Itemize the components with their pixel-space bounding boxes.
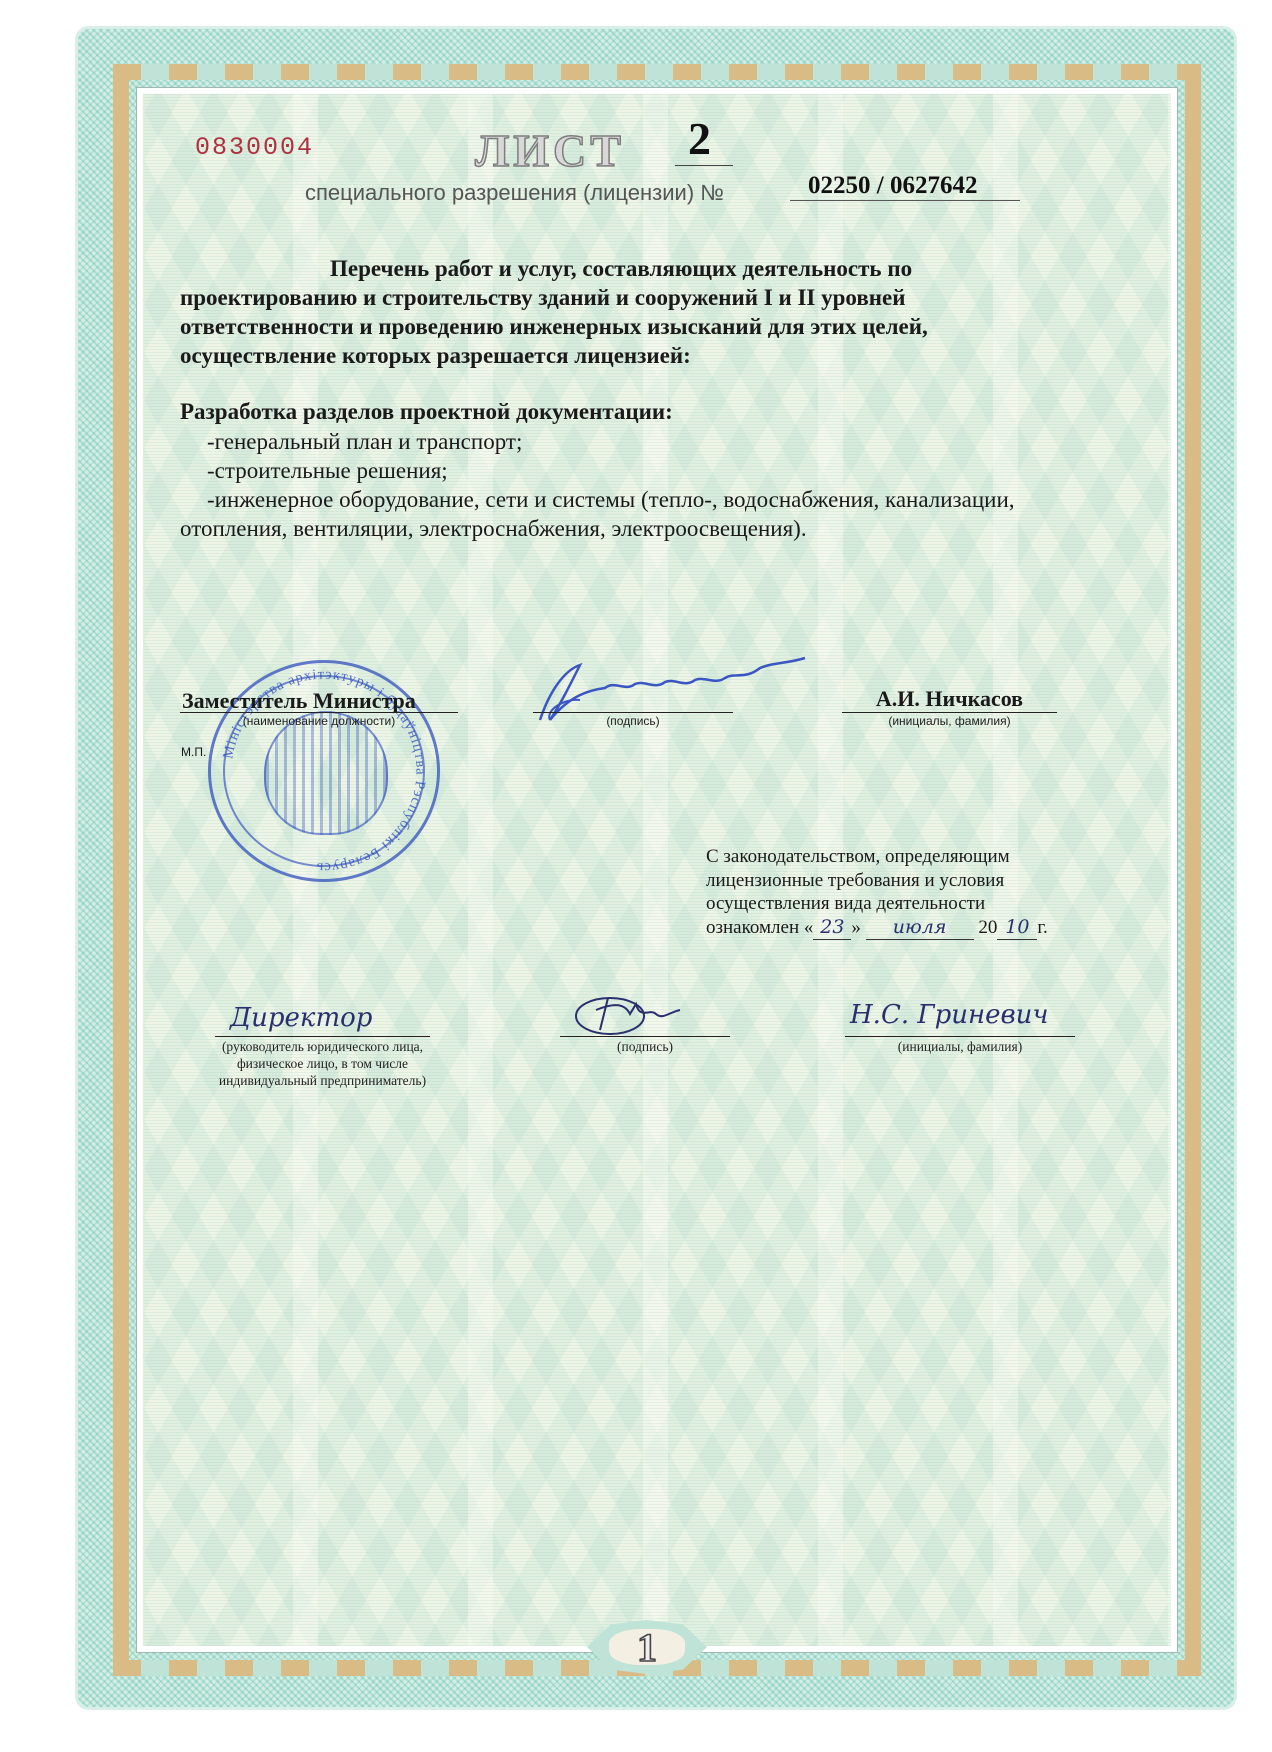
issuer-position: Заместитель Министра (182, 688, 416, 714)
issuer-name-line (842, 712, 1057, 713)
ack-suffix: г. (1037, 917, 1047, 938)
licensee-position-caption: (руководитель юридического лица, физичес… (200, 1038, 445, 1089)
licensee-name-line (845, 1036, 1075, 1037)
ack-month: июля (866, 916, 974, 941)
issuer-signature-line (533, 712, 733, 713)
page-number: 1 (609, 1629, 685, 1665)
ack-mid: » (851, 917, 861, 938)
issuer-name-caption: (инициалы, фамилия) (842, 714, 1057, 728)
licensee-name-handwritten: Н.С. Гриневич (850, 1000, 1049, 1030)
licensee-signature-line (560, 1036, 730, 1037)
ack-date-line: ознакомлен «23» июля 2010г. (706, 916, 1086, 941)
acknowledgement: С законодательством, определяющим лиценз… (706, 845, 1086, 940)
ack-prefix: ознакомлен « (706, 917, 813, 938)
works-list: -генеральный план и транспорт; -строител… (180, 427, 1120, 543)
intro-line: осуществление которых разрешается лиценз… (180, 341, 1080, 370)
caption-line: физическое лицо, в том числе (200, 1055, 445, 1072)
issuer-position-caption: (наименование должности) (180, 714, 458, 728)
ack-year-prefix: 20 (978, 917, 997, 938)
intro-line: ответственности и проведению инженерных … (180, 312, 1080, 341)
caption-line: индивидуальный предприниматель) (200, 1072, 445, 1089)
intro-paragraph: Перечень работ и услуг, составляющих дея… (180, 254, 1080, 370)
intro-line: проектированию и строительству зданий и … (180, 283, 1080, 312)
issuer-position-line (180, 712, 458, 713)
list-item-continuation: отопления, вентиляции, электроснабжения,… (180, 514, 1120, 543)
licensee-signature-caption: (подпись) (560, 1038, 730, 1055)
list-item: -инженерное оборудование, сети и системы… (180, 485, 1120, 514)
issuer-signature-caption: (подпись) (533, 714, 733, 728)
serial-number: 0830004 (195, 133, 314, 162)
list-item: -генеральный план и транспорт; (180, 427, 1120, 456)
list-item: -строительные решения; (180, 456, 1120, 485)
ack-line: осуществления вида деятельности (706, 892, 1086, 916)
sheet-title: ЛИСТ (475, 124, 625, 177)
ack-line: С законодательством, определяющим (706, 845, 1086, 869)
licensee-signature-icon (570, 990, 720, 1040)
caption-line: (руководитель юридического лица, (200, 1038, 445, 1055)
intro-line: Перечень работ и услуг, составляющих дея… (180, 254, 1080, 283)
licensee-position-handwritten: Директор (230, 1003, 372, 1033)
license-label: специального разрешения (лицензии) № (305, 180, 724, 206)
licensee-position-line (215, 1036, 430, 1037)
ack-day: 23 (813, 916, 851, 941)
licensee-name-caption: (инициалы, фамилия) (845, 1038, 1075, 1055)
issuer-name: А.И. Ничкасов (842, 686, 1057, 712)
ack-line: лицензионные требования и условия (706, 869, 1086, 893)
works-title: Разработка разделов проектной документац… (180, 399, 673, 425)
ack-year-suffix: 10 (997, 916, 1037, 941)
license-number-underline (790, 200, 1020, 201)
license-number: 02250 / 0627642 (808, 172, 977, 200)
seal-label: М.П. (181, 745, 206, 759)
sheet-number-underline (675, 165, 733, 166)
sheet-number: 2 (688, 112, 711, 165)
